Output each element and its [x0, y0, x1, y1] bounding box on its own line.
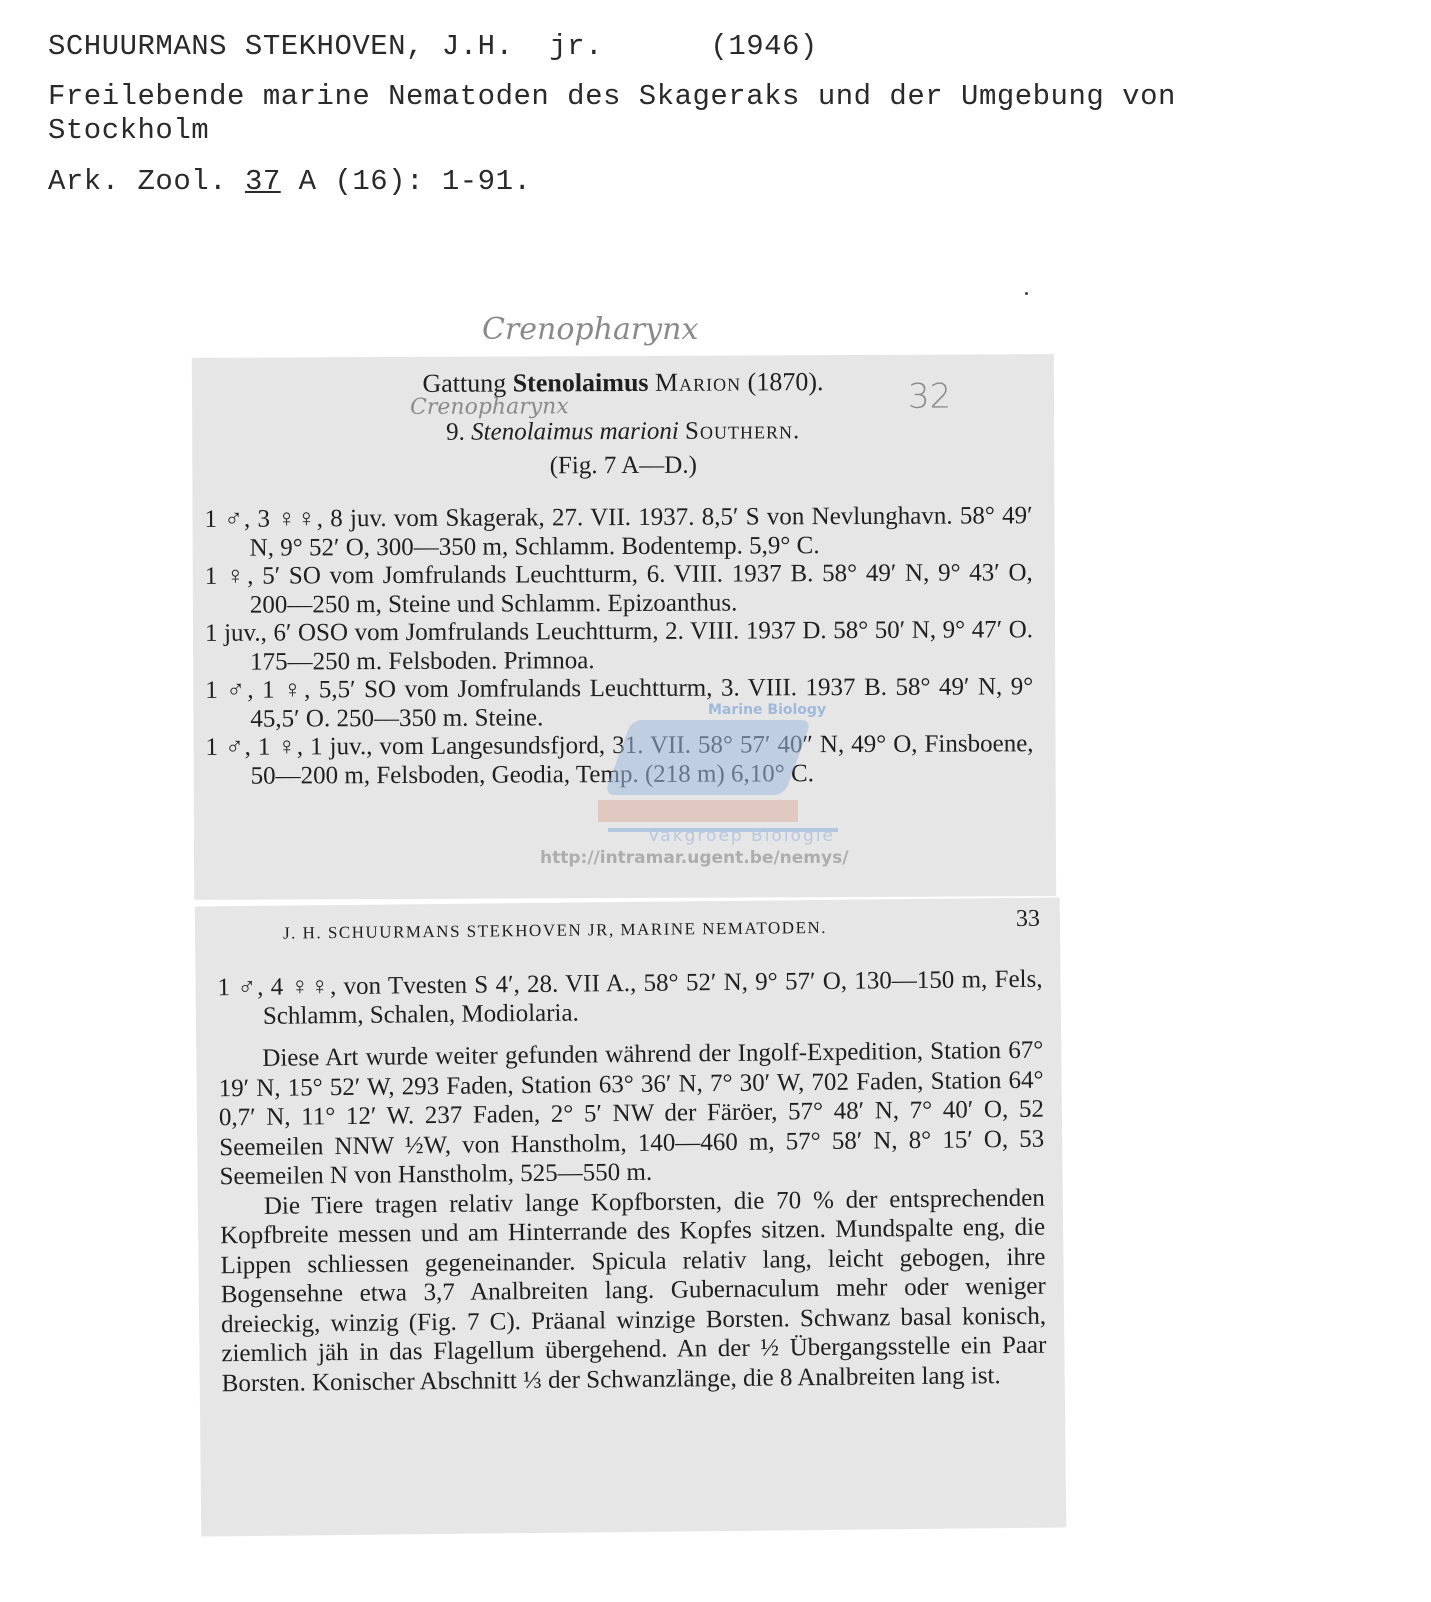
speck: [1025, 292, 1028, 295]
page-number: 33: [1016, 906, 1040, 933]
reference-title-line-1: Freilebende marine Nematoden des Skagera…: [48, 80, 1176, 114]
species-heading: 9. Stenolaimus marioni Southern.: [192, 416, 1054, 448]
handwritten-page-number: 32: [908, 377, 951, 417]
year: (1946): [710, 30, 817, 63]
material-records: 1 ♂, 3 ♀♀, 8 juv. vom Skagerak, 27. VII.…: [204, 502, 1033, 791]
journal-clipping-page-32: Gattung Stenolaimus Marion (1870). Creno…: [192, 354, 1056, 900]
running-head: J. H. Schuurmans Stekhoven jr, Marine Ne…: [195, 905, 1060, 914]
genus-name: Stenolaimus: [513, 368, 649, 398]
journal-clipping-page-33: J. H. Schuurmans Stekhoven jr, Marine Ne…: [195, 897, 1067, 1536]
record: 1 ♂, 1 ♀, 1 juv., vom Langesundsfjord, 3…: [205, 730, 1033, 791]
record: 1 ♀, 5′ SO vom Jomfrulands Leuchtturm, 6…: [205, 559, 1033, 620]
figure-reference: (Fig. 7 A—D.): [192, 450, 1054, 482]
running-head-title: J. H. Schuurmans Stekhoven jr, Marine Ne…: [283, 918, 827, 944]
reference-citation: Ark. Zool. 37 A (16): 1-91.: [48, 165, 531, 199]
record: 1 juv., 6′ OSO vom Jomfrulands Leuchttur…: [205, 616, 1033, 677]
handwritten-genus-annotation: Crenopharynx: [482, 312, 698, 347]
record: 1 ♂, 1 ♀, 5,5′ SO vom Jomfrulands Leucht…: [205, 673, 1033, 734]
citation-volume: 37: [245, 165, 281, 198]
body-text: Diese Art wurde weiter gefunden während …: [218, 1036, 1047, 1399]
record: 1 ♂, 3 ♀♀, 8 juv. vom Skagerak, 27. VII.…: [204, 502, 1032, 563]
reference-author-line: SCHUURMANS STEKHOVEN, J.H. jr. (1946): [48, 30, 818, 64]
reference-title-line-2: Stockholm: [48, 114, 209, 148]
record: 1 ♂, 4 ♀♀, von Tvesten S 4′, 28. VII A.,…: [217, 966, 1043, 1032]
material-records: 1 ♂, 4 ♀♀, von Tvesten S 4′, 28. VII A.,…: [217, 966, 1043, 1032]
species-name: Stenolaimus marioni: [471, 418, 679, 446]
handwritten-inline-annotation: Crenopharynx: [410, 394, 569, 420]
author: SCHUURMANS STEKHOVEN, J.H. jr.: [48, 30, 603, 63]
distribution-paragraph: Diese Art wurde weiter gefunden während …: [218, 1036, 1044, 1192]
description-paragraph: Die Tiere tragen relativ lange Kopfborst…: [220, 1183, 1047, 1398]
